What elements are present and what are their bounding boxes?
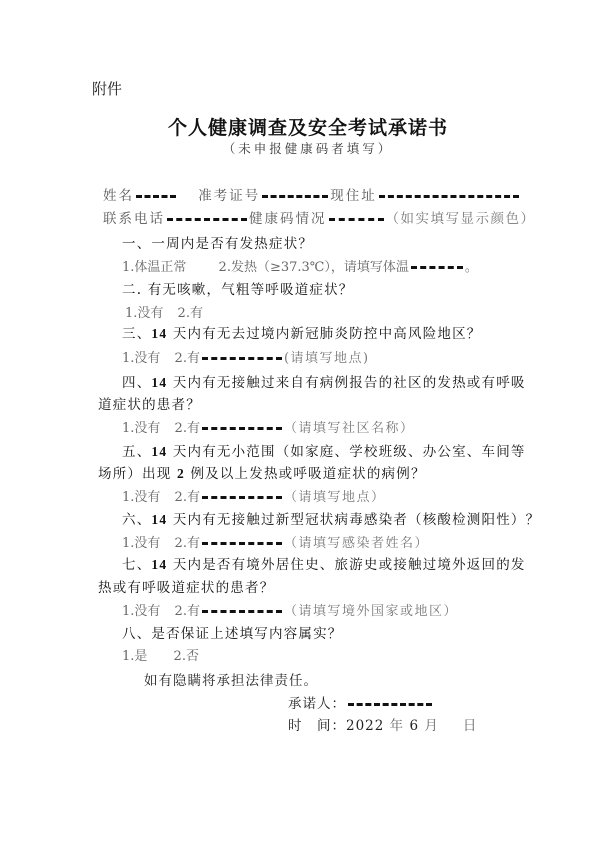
option-normal-temp[interactable]: 1.体温正常: [122, 260, 186, 275]
signer-row: 承诺人：: [288, 692, 434, 712]
question-2-text: 有无咳嗽，气粗等呼吸道症状？: [148, 282, 354, 298]
question-3-number: 三、: [122, 326, 151, 342]
attachment-label: 附件: [92, 78, 122, 99]
community-hint: （请填写社区名称）: [284, 421, 415, 436]
month-value: 6: [409, 718, 419, 734]
option-no[interactable]: 1.没有: [122, 604, 160, 619]
question-8-options: 1.是 2.否: [122, 645, 199, 664]
name-field[interactable]: [136, 195, 176, 198]
health-code-field[interactable]: [329, 218, 384, 221]
country-field[interactable]: [202, 610, 282, 613]
infected-name-hint: （请填写感染者姓名）: [284, 536, 429, 551]
question-4-cont: 道症状的患者？: [98, 393, 201, 413]
question-2-options: 1.没有 2.有: [125, 302, 203, 321]
question-6-options: 1.没有 2.有（请填写感染者姓名）: [122, 532, 429, 551]
name-label: 姓名: [103, 188, 134, 204]
question-5-number: 五、: [122, 444, 151, 460]
temperature-field[interactable]: [411, 266, 463, 269]
case-count: 2: [177, 466, 185, 481]
question-1: 一、一周内是否有发热症状？: [122, 232, 313, 252]
period: 。: [465, 260, 478, 275]
document-title: 个人健康调查及安全考试承诺书: [0, 113, 616, 140]
health-code-hint: （如实填写显示颜色）: [386, 211, 536, 227]
option-yes[interactable]: 2.有: [178, 306, 203, 321]
question-7-text: 天内是否有境外居住史、旅游史或接触过境外返回的发: [173, 557, 526, 573]
question-6: 六、14 天内有无接触过新型冠状病毒感染者（核酸检测阳性）？: [122, 508, 540, 528]
days-count: 14: [151, 512, 167, 527]
exam-id-label: 准考证号: [198, 188, 260, 204]
question-8: 八、是否保证上述填写内容属实？: [122, 622, 343, 642]
infected-name-field[interactable]: [202, 542, 282, 545]
question-4-options: 1.没有 2.有（请填写社区名称）: [122, 417, 414, 436]
question-6-text: 天内有无接触过新型冠状病毒感染者（核酸检测阳性）？: [173, 512, 541, 528]
question-5-text: 天内有无小范围（如家庭、学校班级、办公室、车间等: [173, 444, 526, 460]
country-hint: （请填写境外国家或地区）: [284, 604, 458, 619]
exam-id-field[interactable]: [262, 195, 328, 198]
location-hint: （请填写地点）: [284, 490, 386, 505]
option-yes[interactable]: 2.有: [175, 421, 200, 436]
option-no[interactable]: 1.没有: [125, 306, 163, 321]
time-label: 时 间：: [288, 718, 346, 734]
option-yes[interactable]: 2.有: [175, 536, 200, 551]
day-unit: 日: [463, 718, 478, 734]
days-count: 14: [151, 375, 167, 390]
option-yes[interactable]: 2.有: [175, 351, 200, 366]
disclaimer: 如有隐瞒将承担法律责任。: [144, 669, 318, 689]
personal-info-row-2: 联系电话健康码情况（如实填写显示颜色）: [103, 207, 536, 227]
question-5: 五、14 天内有无小范围（如家庭、学校班级、办公室、车间等: [122, 440, 526, 460]
health-code-label: 健康码情况: [249, 211, 327, 227]
address-label: 现住址: [330, 188, 377, 204]
location-field[interactable]: [202, 496, 282, 499]
year-unit: 年: [390, 718, 405, 734]
option-yes[interactable]: 2.有: [175, 604, 200, 619]
option-fever[interactable]: 2.发热（≥37.3℃），请填写体温: [219, 260, 409, 275]
phone-label: 联系电话: [103, 211, 165, 227]
year-value: 2022: [346, 718, 384, 734]
days-count: 14: [151, 557, 167, 572]
location-field[interactable]: [202, 357, 282, 360]
community-field[interactable]: [202, 427, 282, 430]
question-5-text-a: 场所）出现: [98, 466, 172, 482]
question-6-number: 六、: [122, 512, 151, 528]
question-5-cont: 场所）出现 2 例及以上发热或呼吸道症状的病例？: [98, 462, 426, 482]
question-2-number: 二.: [122, 282, 142, 298]
question-8-number: 八、: [122, 626, 151, 642]
option-yes[interactable]: 1.是: [122, 649, 147, 664]
personal-info-row-1: 姓名 准考证号现住址: [103, 184, 521, 204]
question-4: 四、14 天内有无接触过来自有病例报告的社区的发热或有呼吸: [122, 371, 526, 391]
month-unit: 月: [424, 718, 439, 734]
option-no[interactable]: 1.没有: [122, 421, 160, 436]
question-4-text: 天内有无接触过来自有病例报告的社区的发热或有呼吸: [173, 375, 526, 391]
days-count: 14: [151, 326, 167, 341]
option-no[interactable]: 2.否: [174, 649, 199, 664]
question-7: 七、14 天内是否有境外居住史、旅游史或接触过境外返回的发: [122, 553, 526, 573]
question-3-text: 天内有无去过境内新冠肺炎防控中高风险地区？: [173, 326, 482, 342]
question-1-text: 一周内是否有发热症状？: [151, 236, 313, 252]
signer-field[interactable]: [348, 703, 432, 706]
question-2: 二. 有无咳嗽，气粗等呼吸道症状？: [122, 278, 354, 298]
signer-label: 承诺人：: [288, 696, 346, 712]
option-no[interactable]: 1.没有: [122, 490, 160, 505]
location-hint: (请填写地点): [284, 351, 370, 366]
question-7-number: 七、: [122, 557, 151, 573]
document-subtitle: （未申报健康码者填写）: [0, 139, 616, 157]
address-field[interactable]: [379, 195, 519, 198]
option-no[interactable]: 1.没有: [122, 351, 160, 366]
question-3-options: 1.没有 2.有(请填写地点): [122, 347, 370, 366]
phone-field[interactable]: [167, 218, 247, 221]
option-yes[interactable]: 2.有: [175, 490, 200, 505]
question-1-options: 1.体温正常 2.发热（≥37.3℃），请填写体温。: [122, 256, 478, 275]
date-row: 时 间：2022 年 6 月日: [288, 714, 477, 734]
question-8-text: 是否保证上述填写内容属实？: [151, 626, 342, 642]
question-7-cont: 热或有呼吸道症状的患者？: [98, 576, 274, 596]
question-1-number: 一、: [122, 236, 151, 252]
question-7-options: 1.没有 2.有（请填写境外国家或地区）: [122, 600, 458, 619]
question-5-options: 1.没有 2.有（请填写地点）: [122, 486, 385, 505]
question-4-number: 四、: [122, 375, 151, 391]
option-no[interactable]: 1.没有: [122, 536, 160, 551]
days-count: 14: [151, 444, 167, 459]
question-3: 三、14 天内有无去过境内新冠肺炎防控中高风险地区？: [122, 322, 482, 342]
question-5-text-b: 例及以上发热或呼吸道症状的病例？: [190, 466, 425, 482]
